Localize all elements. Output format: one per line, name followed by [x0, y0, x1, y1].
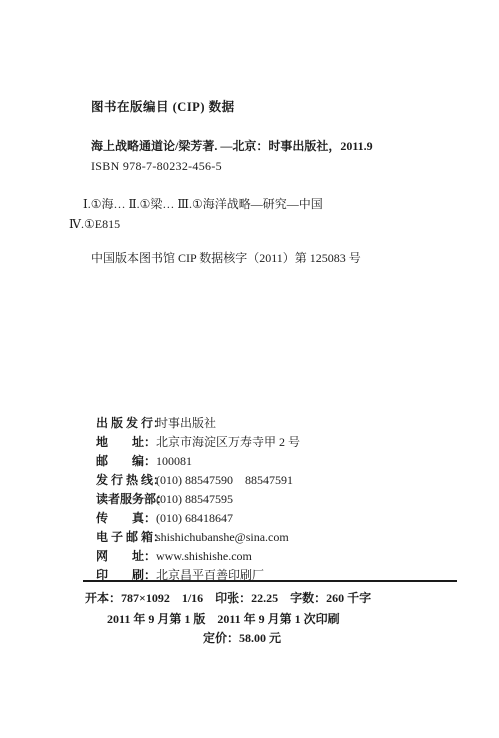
divider-line [83, 580, 457, 582]
publisher-row-label: 网 址： [96, 547, 156, 564]
isbn-line: ISBN 978-7-80232-456-5 [91, 159, 222, 173]
publisher-row-value: (010) 68418647 [156, 511, 233, 525]
publisher-row-value: (010) 88547590 88547591 [156, 473, 293, 487]
price-line: 定价：58.00 元 [203, 631, 281, 645]
publisher-row-label: 地 址： [96, 433, 156, 450]
publisher-row-label: 传 真： [96, 509, 156, 526]
publisher-row-value: 北京市海淀区万寿寺甲 2 号 [156, 435, 300, 449]
publisher-info-block: 出 版 发 行：时事出版社 地 址：北京市海淀区万寿寺甲 2 号 邮 编：100… [78, 399, 300, 570]
publisher-row-value: (010) 88547595 [156, 492, 233, 506]
copyright-page: 图书在版编目 (CIP) 数据 海上战略通道论/梁芳著. —北京：时事出版社，2… [0, 0, 499, 738]
publisher-row-value: 时事出版社 [156, 416, 216, 430]
print-edition-line: 2011 年 9 月第 1 版 2011 年 9 月第 1 次印刷 [107, 612, 340, 626]
publisher-row-label: 出 版 发 行： [96, 414, 156, 431]
publisher-row-label: 邮 编： [96, 452, 156, 469]
cip-registry-line: 中国版本图书馆 CIP 数据核字（2011）第 125083 号 [91, 251, 361, 265]
publisher-row-label: 读者服务部： [96, 490, 156, 507]
book-title-line: 海上战略通道论/梁芳著. —北京：时事出版社，2011.9 [91, 139, 373, 153]
publisher-row-label: 发 行 热 线： [96, 471, 156, 488]
classification-line-2: Ⅳ.①E815 [69, 217, 120, 231]
publisher-row-value: www.shishishe.com [156, 549, 252, 563]
cip-header: 图书在版编目 (CIP) 数据 [91, 100, 235, 114]
publisher-row-value: shishichubanshe@sina.com [156, 530, 289, 544]
publisher-row-publisher: 出 版 发 行：时事出版社 [78, 399, 300, 418]
classification-line-1: Ⅰ.①海… Ⅱ.①梁… Ⅲ.①海洋战略—研究—中国 [83, 197, 323, 211]
print-format-line: 开本：787×1092 1/16 印张：22.25 字数：260 千字 [85, 591, 371, 605]
publisher-row-value: 100081 [156, 454, 192, 468]
publisher-row-label: 电 子 邮 箱： [96, 528, 156, 545]
